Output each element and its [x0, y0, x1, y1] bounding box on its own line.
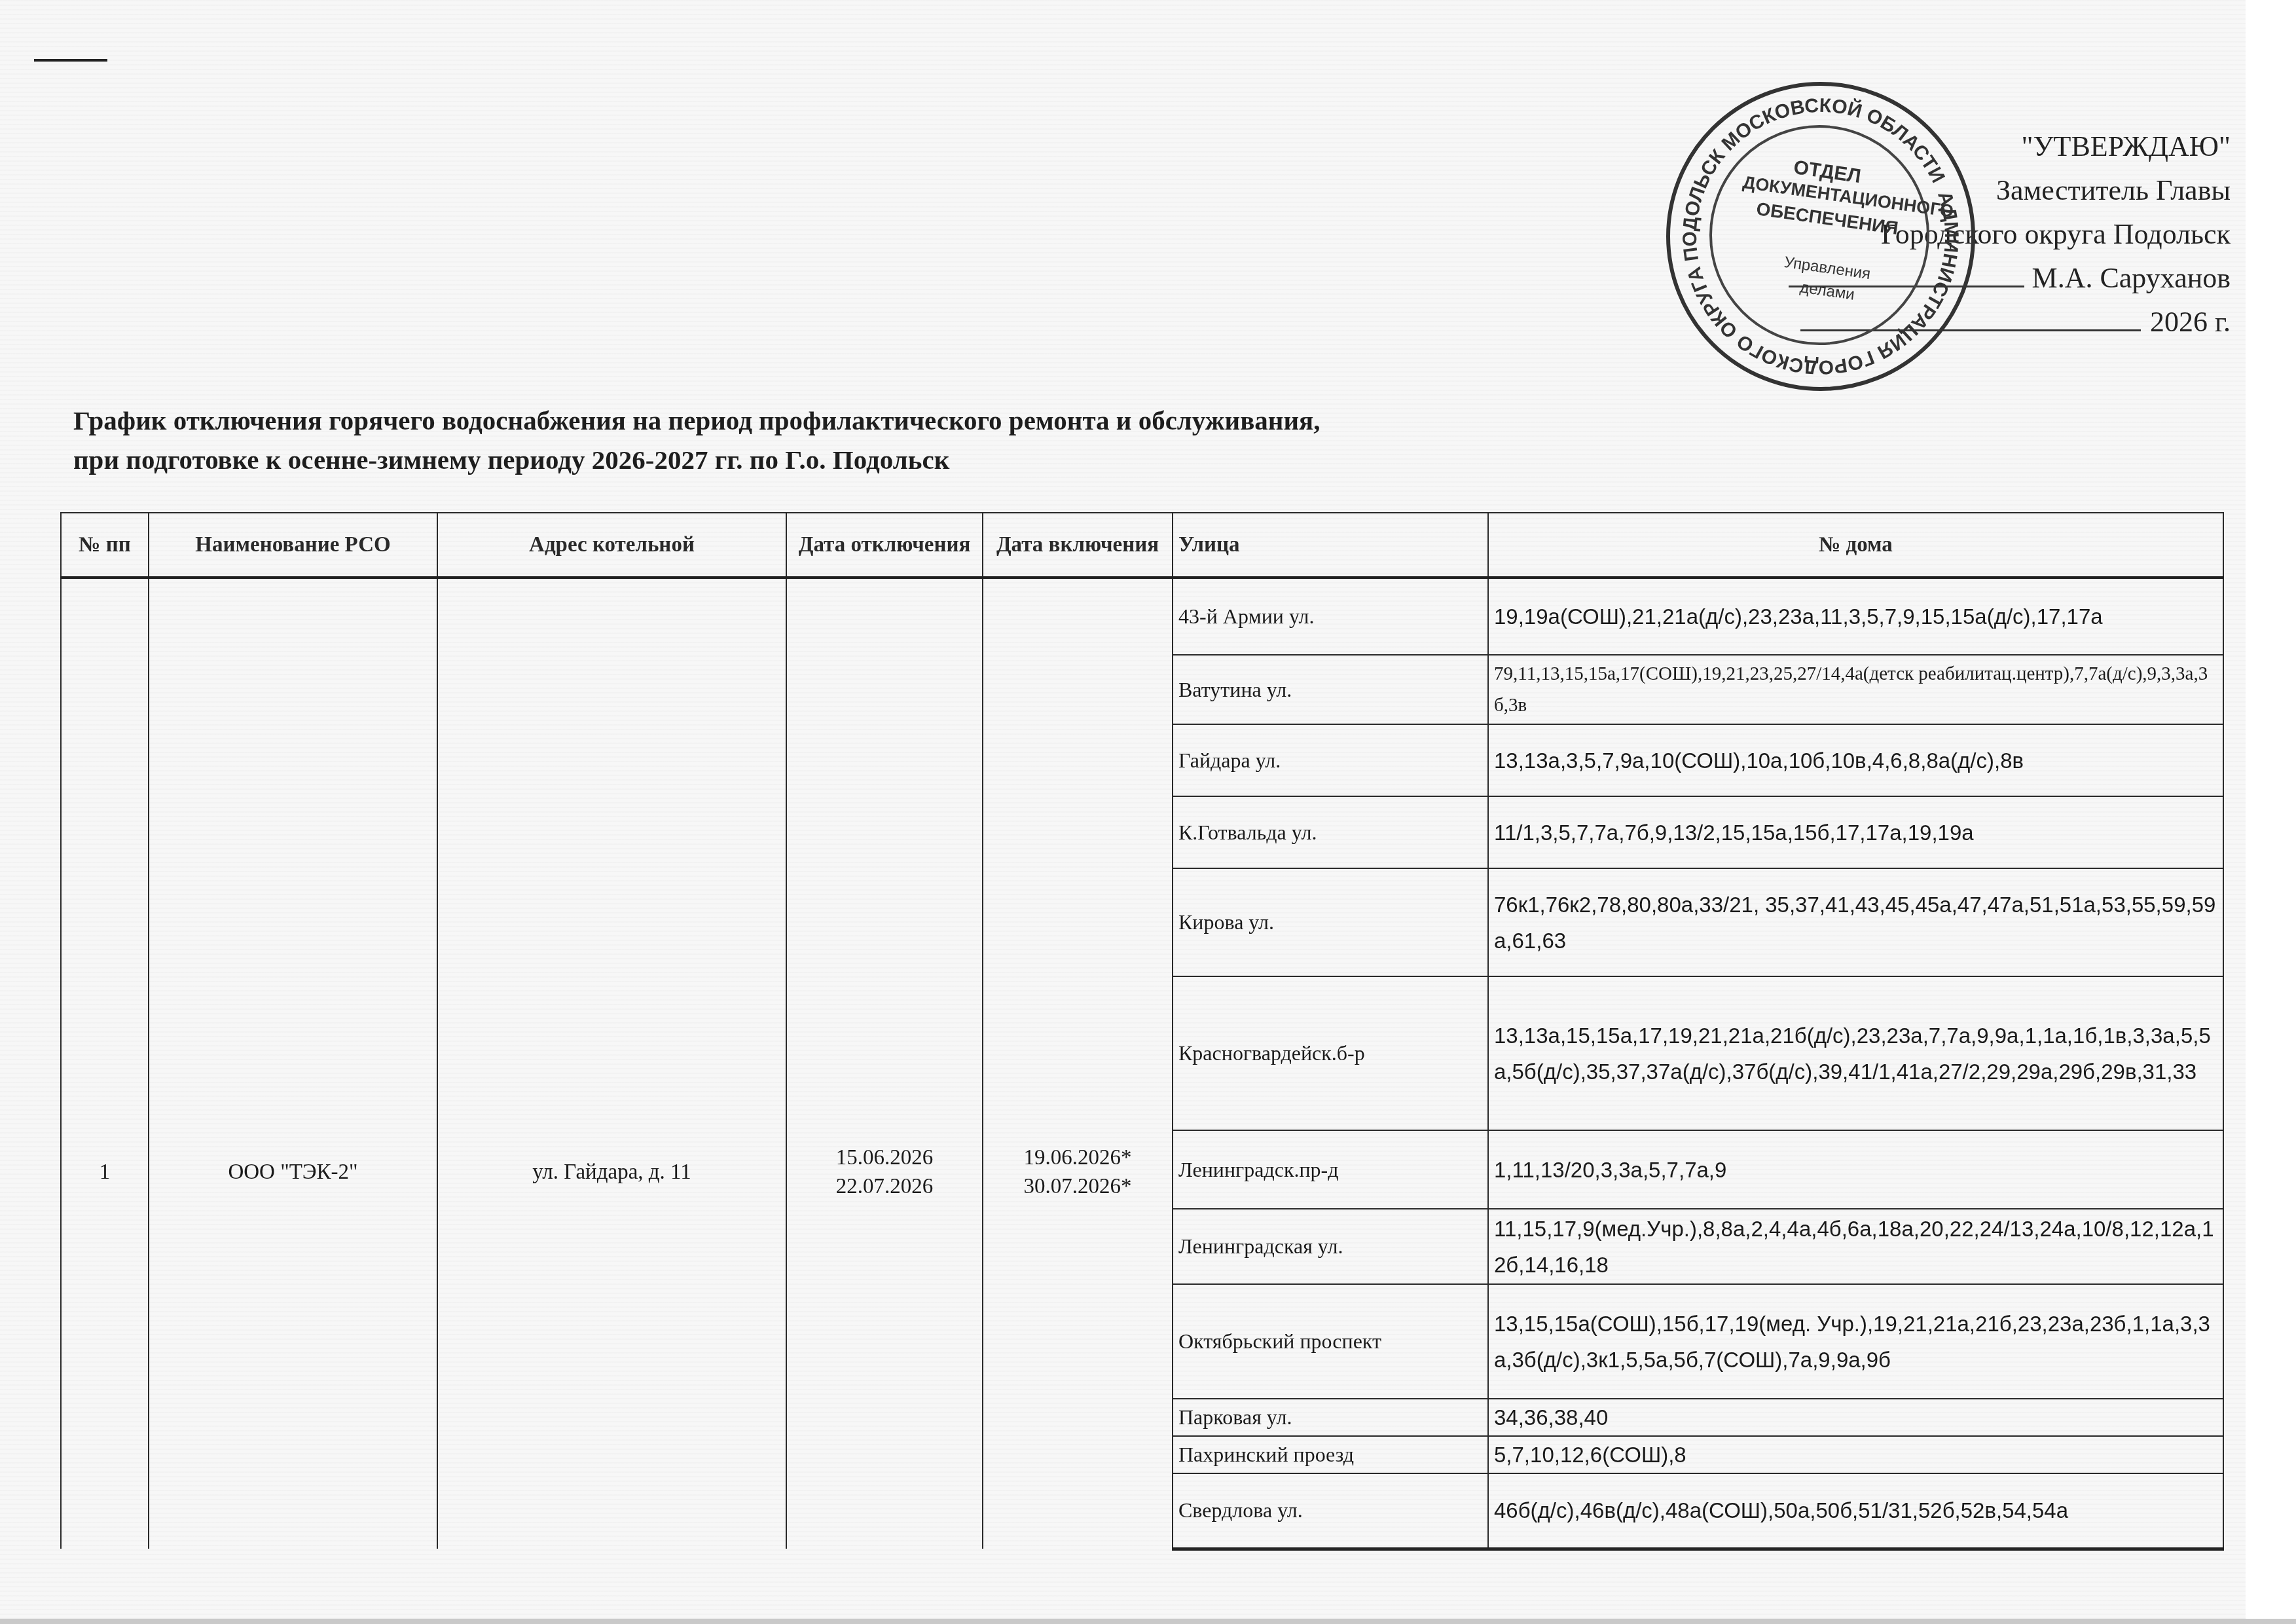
street-cell: К.Готвальда ул.: [1173, 796, 1488, 868]
group-num: 1: [61, 578, 149, 1549]
houses-cell: 13,13а,15,15а,17,19,21,21а,21б(д/с),23,2…: [1488, 976, 2223, 1130]
approval-signatory: М.А. Саруханов: [2032, 262, 2231, 294]
table-row: 1ООО "ТЭК-2"ул. Гайдара, д. 1115.06.2026…: [61, 578, 2223, 655]
document-title: График отключения горячего водоснабжения…: [73, 401, 1320, 479]
street-cell: Парковая ул.: [1173, 1399, 1488, 1436]
street-cell: Гайдара ул.: [1173, 724, 1488, 796]
page-margin-right: [2246, 0, 2296, 1624]
header-boiler-address: Адрес котельной: [437, 513, 786, 578]
off-date: 22.07.2026: [792, 1172, 977, 1201]
street-cell: Ленинградская ул.: [1173, 1209, 1488, 1284]
on-date: 19.06.2026*: [989, 1143, 1167, 1172]
header-street: Улица: [1173, 513, 1488, 578]
houses-cell: 11/1,3,5,7,7а,7б,9,13/2,15,15а,15б,17,17…: [1488, 796, 2223, 868]
houses-cell: 79,11,13,15,15а,17(СОШ),19,21,23,25,27/1…: [1488, 655, 2223, 724]
street-cell: Пахринский проезд: [1173, 1436, 1488, 1473]
houses-cell: 13,13а,3,5,7,9а,10(СОШ),10а,10б,10в,4,6,…: [1488, 724, 2223, 796]
street-cell: Октябрьский проспект: [1173, 1284, 1488, 1399]
page-margin-bottom: [0, 1619, 2296, 1624]
approval-date-suffix: 2026 г.: [2150, 306, 2231, 338]
header-num: № пп: [61, 513, 149, 578]
document-title-line1: График отключения горячего водоснабжения…: [73, 401, 1320, 440]
street-cell: Кирова ул.: [1173, 868, 1488, 976]
header-on-date: Дата включения: [983, 513, 1173, 578]
houses-cell: 13,15,15а(СОШ),15б,17,19(мед. Учр.),19,2…: [1488, 1284, 2223, 1399]
table-header-row: № пп Наименование РСО Адрес котельной Да…: [61, 513, 2223, 578]
on-date: 30.07.2026*: [989, 1172, 1167, 1201]
header-houses: № дома: [1488, 513, 2223, 578]
off-date: 15.06.2026: [792, 1143, 977, 1172]
houses-cell: 19,19а(СОШ),21,21а(д/с),23,23а,11,3,5,7,…: [1488, 578, 2223, 655]
corner-mark-dash: [34, 59, 107, 62]
street-cell: Ленинградск.пр-д: [1173, 1130, 1488, 1209]
houses-cell: 34,36,38,40: [1488, 1399, 2223, 1436]
group-boiler-address: ул. Гайдара, д. 11: [437, 578, 786, 1549]
document-title-line2: при подготовке к осенне-зимнему периоду …: [73, 440, 1320, 479]
group-rso: ООО "ТЭК-2": [149, 578, 437, 1549]
header-rso: Наименование РСО: [149, 513, 437, 578]
group-on-dates: 19.06.2026*30.07.2026*: [983, 578, 1173, 1549]
street-cell: Красногвардейск.б-р: [1173, 976, 1488, 1130]
official-stamp: АДМИНИСТРАЦИЯ ГОРОДСКОГО ОКРУГА ПОДОЛЬСК…: [1666, 82, 1975, 391]
houses-cell: 76к1,76к2,78,80,80а,33/21, 35,37,41,43,4…: [1488, 868, 2223, 976]
shutdown-schedule-table: № пп Наименование РСО Адрес котельной Да…: [60, 512, 2224, 1551]
houses-cell: 11,15,17,9(мед.Учр.),8,8а,2,4,4а,4б,6а,1…: [1488, 1209, 2223, 1284]
street-cell: Ватутина ул.: [1173, 655, 1488, 724]
group-off-dates: 15.06.202622.07.2026: [786, 578, 983, 1549]
header-off-date: Дата отключения: [786, 513, 983, 578]
houses-cell: 46б(д/с),46в(д/с),48а(СОШ),50а,50б,51/31…: [1488, 1473, 2223, 1549]
houses-cell: 1,11,13/20,3,3а,5,7,7а,9: [1488, 1130, 2223, 1209]
houses-cell: 5,7,10,12,6(СОШ),8: [1488, 1436, 2223, 1473]
street-cell: 43-й Армии ул.: [1173, 578, 1488, 655]
street-cell: Свердлова ул.: [1173, 1473, 1488, 1549]
